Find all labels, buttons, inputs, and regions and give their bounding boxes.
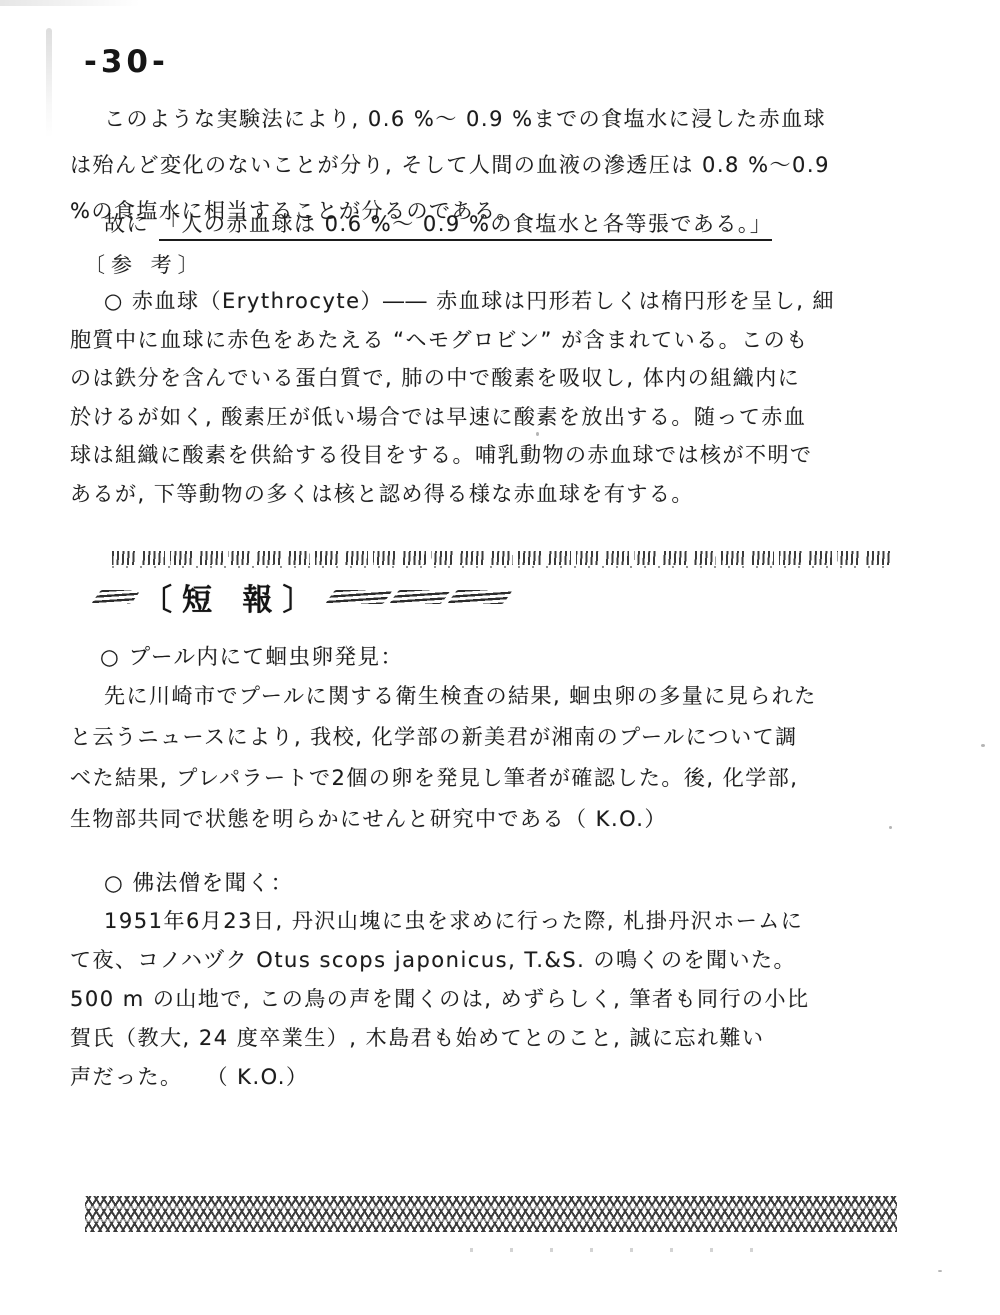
scan-speckle — [536, 432, 539, 436]
scan-speckle — [322, 959, 325, 962]
section-ascaris-body: 先に川崎市でプールに関する衛生検査の結果, 蛔虫卵の多量に見られた と云うニュー… — [70, 676, 940, 840]
text-line: 生物部共同で状態を明らかにせんと研究中である（ K.O.） — [70, 799, 940, 840]
text-line: 声だった。 （ K.O.） — [70, 1058, 940, 1097]
text-line: 球は組織に酸素を供給する役目をする。哺乳動物の赤血球では核が不明で — [70, 436, 940, 475]
section-ascaris-title: ○ プール内にて蛔虫卵発見： — [100, 640, 404, 671]
text-line: 胞質中に血球に赤色をあたえる “ヘモグロビン” が含まれている。このも — [70, 321, 940, 360]
scan-edge-shadow-top — [0, 0, 140, 6]
scribble-flourish-icon — [390, 590, 452, 604]
short-reports-header: 〔短 報〕 — [96, 576, 508, 618]
text-line: て夜、コノハヅク Otus scops japonicus, T.&S. の鳴く… — [70, 941, 940, 980]
underlined-conclusion: 「人の赤血球は 0.6 %～ 0.9 %の食塩水と各等張である。」 — [159, 212, 772, 241]
page-number: -30- — [84, 44, 169, 80]
scan-speckle — [981, 744, 985, 747]
hash-divider — [112, 551, 896, 565]
text-line: 先に川崎市でプールに関する衛生検査の結果, 蛔虫卵の多量に見られた — [70, 676, 940, 717]
scan-dust — [470, 1248, 770, 1252]
conclusion-prefix: 故に — [104, 212, 149, 236]
conclusion-line: 故に「人の赤血球は 0.6 %～ 0.9 %の食塩水と各等張である。」 — [104, 204, 944, 244]
text-line: ○ 赤血球（Erythrocyte）―― 赤血球は円形若しくは楕円形を呈し, 細 — [70, 282, 940, 321]
text-line: と云うニュースにより, 我校, 化学部の新美君が湘南のプールについて調 — [70, 717, 940, 758]
text-line: 賀氏（教大, 24 度卒業生）, 木島君も始めてとのこと, 誠に忘れ難い — [70, 1019, 940, 1058]
reference-label: 〔参 考〕 — [84, 248, 205, 282]
text-line: は殆んど変化のないことが分り, そして人間の血液の滲透圧は 0.8 %～0.9 — [70, 142, 930, 188]
text-line: 500 m の山地で, この鳥の声を聞くのは, めずらしく, 筆者も同行の小比 — [70, 980, 940, 1019]
scanned-document-page: -30- このような実験法により, 0.6 %～ 0.9 %までの食塩水に浸した… — [0, 0, 1000, 1315]
text-line: あるが, 下等動物の多くは核と認め得る様な赤血球を有する。 — [70, 475, 940, 514]
text-line: このような実験法により, 0.6 %～ 0.9 %までの食塩水に浸した赤血球 — [70, 96, 930, 142]
short-reports-title: 〔短 報〕 — [142, 575, 322, 619]
scribble-flourish-icon — [91, 590, 141, 604]
text-line: 1951年6月23日, 丹沢山塊に虫を求めに行った際, 札掛丹沢ホームに — [70, 902, 940, 941]
text-line: 於けるが如く, 酸素圧が低い場合では早速に酸素を放出する。随って赤血 — [70, 398, 940, 437]
scan-edge-shadow-left — [46, 28, 52, 138]
section-owl-body: 1951年6月23日, 丹沢山塊に虫を求めに行った際, 札掛丹沢ホームに て夜、… — [70, 902, 940, 1097]
scan-speckle — [889, 826, 892, 829]
herringbone-border — [85, 1196, 897, 1232]
text-line: べた結果, プレパラートで2個の卵を発見し筆者が確認した。後, 化学部, — [70, 758, 940, 799]
text-line: のは鉄分を含んでいる蛋白質で, 肺の中で酸素を吸収し, 体内の組織内に — [70, 359, 940, 398]
scribble-flourish-icon — [448, 590, 514, 604]
section-owl-title: ○ 佛法僧を聞く： — [104, 866, 294, 897]
scan-speckle — [938, 1270, 942, 1272]
scribble-flourish-icon — [326, 590, 394, 604]
reference-paragraph: ○ 赤血球（Erythrocyte）―― 赤血球は円形若しくは楕円形を呈し, 細… — [70, 282, 940, 513]
